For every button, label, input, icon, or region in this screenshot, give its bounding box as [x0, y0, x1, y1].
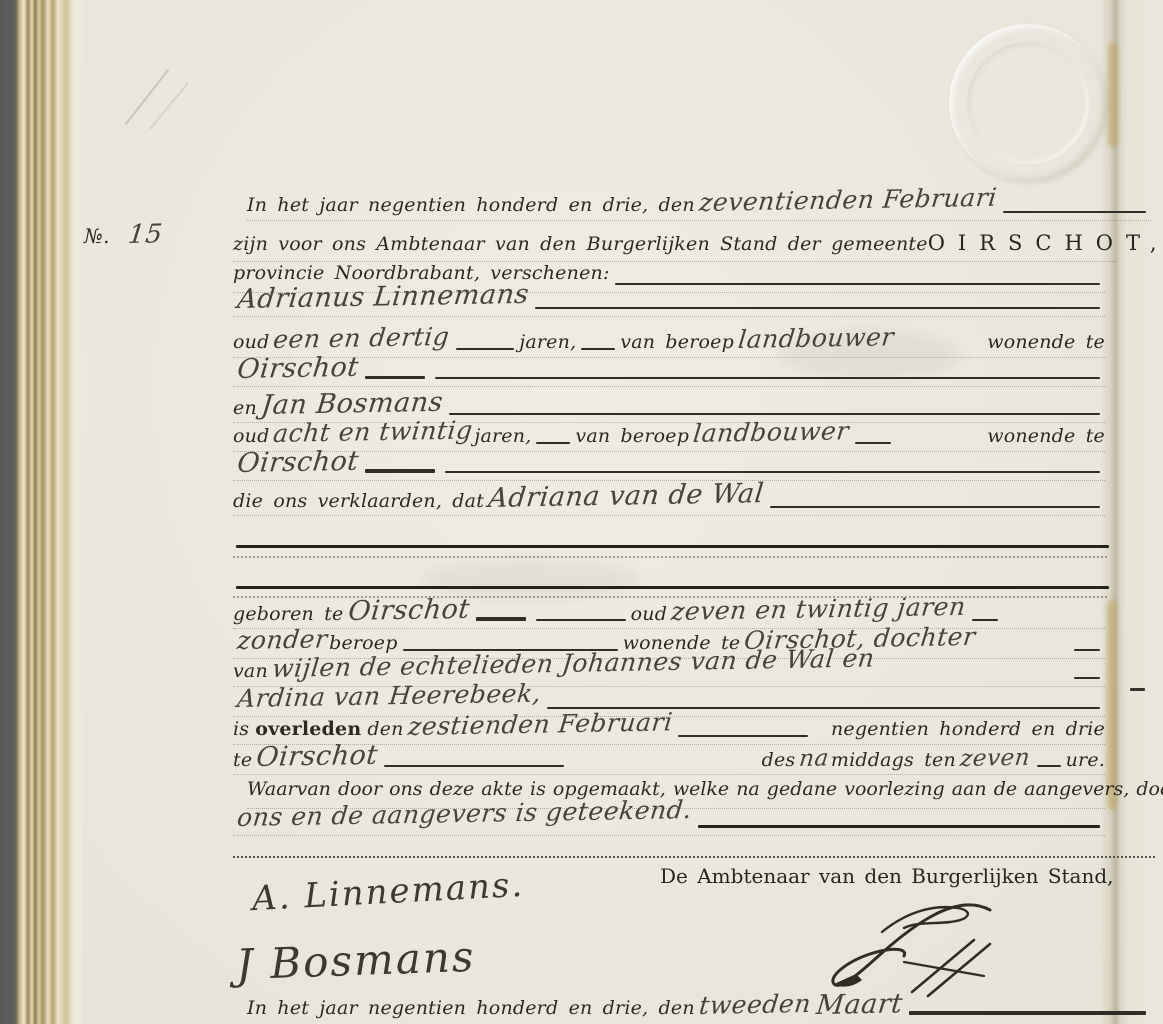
- declarant2-name-handwritten: Jan Bosmans: [257, 389, 448, 419]
- label-te: te: [233, 749, 252, 771]
- label-van: van: [233, 660, 268, 682]
- label-wonende-te: wonende te: [987, 425, 1105, 447]
- declarant1-details-line: oud een en dertig jaren, van beroep land…: [233, 327, 1105, 358]
- label-en: en: [233, 397, 257, 419]
- death-year-printed: negentien honderd en drie: [831, 718, 1105, 740]
- act-number-label: №.: [84, 224, 110, 248]
- deceased-name-handwritten: Adriana van de Wal: [484, 480, 768, 512]
- deceased-age-handwritten: zeven en twintig jaren: [667, 594, 970, 624]
- officiant-title: De Ambtenaar van den Burgerlijken Stand,: [660, 864, 1114, 888]
- label-oud: oud: [233, 331, 269, 353]
- next-page-edge: [1128, 0, 1163, 1024]
- label-oud: oud: [631, 603, 667, 625]
- ink-fill-line: [698, 825, 1100, 828]
- ink-dash: [365, 376, 425, 379]
- label-van-beroep: van beroep: [620, 331, 734, 353]
- label-van-beroep: van beroep: [575, 425, 689, 447]
- ink-dash: [972, 619, 998, 621]
- declaration-printed: die ons verklaarden, dat: [233, 490, 484, 512]
- opening-printed: In het jaar negentien honderd en drie, d…: [247, 194, 695, 216]
- registrar-line: zijn voor ons Ambtenaar van den Burgerli…: [233, 231, 1117, 262]
- hour-handwritten: zeven: [956, 747, 1034, 771]
- registrar-printed: zijn voor ons Ambtenaar van den Burgerli…: [233, 233, 928, 255]
- label-jaren: jaren,: [474, 425, 531, 447]
- label-overleden: overleden: [255, 718, 361, 740]
- ink-fill-line: [435, 377, 1100, 379]
- label-geboren-te: geboren te: [233, 603, 344, 625]
- declarant1-residence-handwritten: Oirschot: [233, 354, 363, 383]
- opening-line: In het jaar negentien honderd en drie, d…: [247, 190, 1151, 221]
- struck-blank-line: [236, 545, 1109, 548]
- ink-fill-line: [1003, 211, 1146, 213]
- label-is: is: [233, 718, 249, 740]
- opening-date-handwritten: zeventienden Februari: [695, 185, 1001, 215]
- printed-dotted-rule: [233, 556, 1107, 558]
- ink-fill-line: [536, 619, 626, 621]
- declarant1-name-handwritten: Adrianus Linnemans: [233, 281, 533, 313]
- next-act-printed: In het jaar negentien honderd en drie, d…: [247, 997, 695, 1019]
- declarant1-occupation-handwritten: landbouwer: [734, 324, 898, 352]
- label-des: des: [762, 749, 796, 771]
- ink-dash: [581, 348, 615, 350]
- death-date-handwritten: zestienden Februari: [404, 709, 677, 739]
- deceased-occupation-handwritten: zonder: [233, 626, 332, 653]
- closing-handwritten-line: ons en de aangevers is geteekend.: [233, 805, 1105, 836]
- official-signature-flourish: [812, 896, 1012, 1001]
- ink-fill-line: [678, 735, 808, 737]
- ink-dash: [1074, 677, 1100, 679]
- death-place-handwritten: Oirschot: [252, 742, 382, 771]
- declarant2-residence-handwritten: Oirschot: [233, 448, 363, 477]
- signature-declarant2: J Bosmans: [235, 932, 476, 989]
- ink-fill-line: [445, 471, 1100, 473]
- declarant2-age-handwritten: acht en twintig: [269, 417, 477, 446]
- label-oud: oud: [233, 425, 269, 447]
- ink-dash: [476, 617, 526, 621]
- deceased-birthplace-handwritten: Oirschot: [344, 596, 474, 625]
- declaration-line: die ons verklaarden, dat Adriana van de …: [233, 485, 1105, 516]
- label-beroep: beroep: [329, 632, 398, 654]
- ink-fill-line: [384, 765, 564, 767]
- death-place-line: te Oirschot des na middags ten zeven ure…: [233, 744, 1105, 775]
- ink-dash: [536, 442, 570, 444]
- ink-dash: [1074, 649, 1100, 651]
- ink-fill-line: [449, 413, 1100, 415]
- daypart-handwritten: na: [795, 747, 833, 771]
- next-act-line: In het jaar negentien honderd en drie, d…: [247, 992, 1151, 1022]
- embossed-seal-inner: [967, 42, 1089, 164]
- ink-fill-line: [535, 307, 1100, 309]
- next-act-date-handwritten: tweeden: [695, 991, 815, 1018]
- ink-fill-line: [909, 1011, 1146, 1015]
- next-act-month-handwritten: Maart: [812, 990, 907, 1019]
- label-middags-ten: middags ten: [831, 749, 956, 771]
- struck-blank-line: [236, 586, 1109, 589]
- label-den: den: [367, 718, 403, 740]
- ink-dash: [365, 469, 435, 473]
- book-binding-page-edges: [0, 0, 82, 1024]
- parents2-handwritten: Ardina van Heerebeek,: [233, 681, 546, 711]
- declarant1-residence-line: Oirschot: [233, 356, 1105, 387]
- declarant2-details-line: oud acht en twintig jaren, van beroep la…: [233, 421, 1105, 452]
- act-number-value: 15: [124, 221, 167, 248]
- declarant2-occupation-handwritten: landbouwer: [689, 418, 853, 446]
- label-jaren: jaren,: [519, 331, 576, 353]
- stray-ink-dash: [1130, 688, 1145, 691]
- label-ure: ure.: [1066, 749, 1105, 771]
- ink-fill-line: [615, 283, 1100, 285]
- ink-dash: [855, 442, 891, 444]
- embossed-seal: [949, 24, 1107, 182]
- declarant2-residence-line: Oirschot: [233, 450, 1105, 481]
- fold-stain: [1108, 42, 1118, 147]
- declarant1-age-handwritten: een en dertig: [269, 324, 454, 352]
- declarant1-name-line: Adrianus Linnemans: [233, 286, 1105, 317]
- label-wonende-te: wonende te: [987, 331, 1105, 353]
- act-number: №. 15: [84, 222, 164, 248]
- municipality-name: OIRSCHOT,: [928, 231, 1163, 255]
- closing-printed: Waarvan door ons deze akte is opgemaakt,…: [247, 778, 1163, 800]
- ink-fill-line: [770, 506, 1100, 508]
- register-book-scan: №. 15 In het jaar negentien honderd en d…: [0, 0, 1163, 1024]
- ink-dash: [1037, 765, 1061, 767]
- closing-handwritten: ons en de aangevers is geteekend.: [233, 797, 696, 830]
- ink-fill-line: [456, 348, 514, 350]
- section-dotted-rule: [233, 856, 1155, 858]
